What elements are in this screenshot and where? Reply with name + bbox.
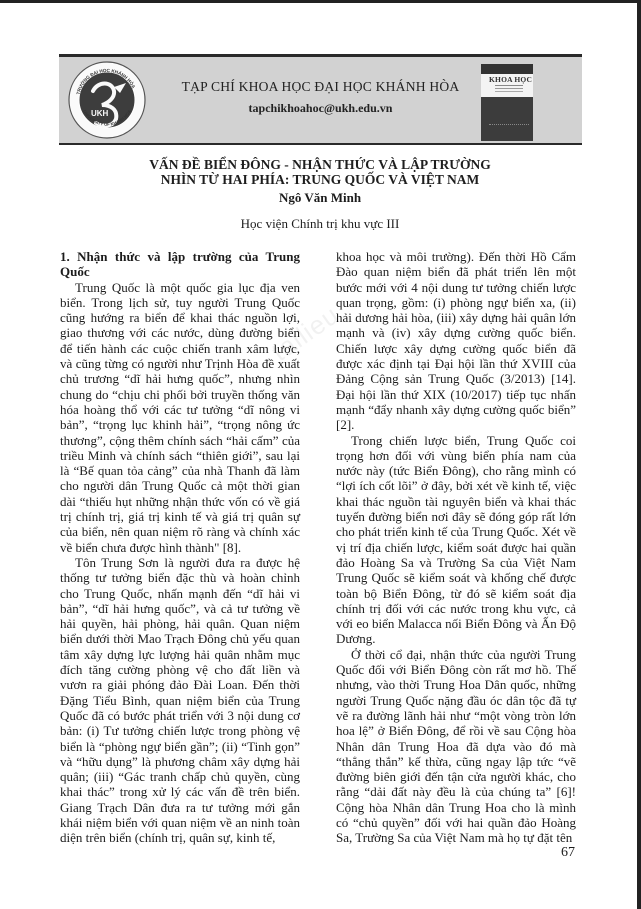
section-heading: 1. Nhận thức và lập trường của Trung Quố… (60, 249, 300, 280)
author-name: Ngô Văn Minh (100, 190, 540, 206)
journal-title: TẠP CHÍ KHOA HỌC ĐẠI HỌC KHÁNH HÒA (159, 79, 482, 95)
paragraph: Trung Quốc là một quốc gia lục địa ven b… (60, 280, 300, 555)
paragraph: khoa học và môi trường). Đến thời Hồ Cẩm… (336, 249, 576, 433)
paragraph: Ở thời cổ đại, nhận thức của người Trung… (336, 647, 576, 846)
page-frame-right-border (637, 0, 641, 909)
paragraph: Trong chiến lược biển, Trung Quốc coi tr… (336, 433, 576, 647)
journal-cover-icon: KHOA HỌC (481, 64, 533, 141)
article-title-line-2: NHÌN TỪ HAI PHÍA: TRUNG QUỐC VÀ VIỆT NAM (100, 173, 540, 188)
svg-text:UKH: UKH (91, 109, 109, 118)
body-column-left: 1. Nhận thức và lập trường của Trung Quố… (60, 249, 300, 846)
body-column-right: khoa học và môi trường). Đến thời Hồ Cẩm… (336, 249, 576, 846)
author-affiliation: Học viện Chính trị khu vực III (100, 216, 540, 232)
article-title: VẤN ĐỀ BIỂN ĐÔNG - NHẬN THỨC VÀ LẬP TRƯỜ… (100, 158, 540, 187)
page-frame-top-border (0, 0, 641, 3)
article-title-line-1: VẤN ĐỀ BIỂN ĐÔNG - NHẬN THỨC VÀ LẬP TRƯỜ… (100, 158, 540, 173)
cover-title: KHOA HỌC (489, 75, 532, 84)
paragraph: Tôn Trung Sơn là người đưa ra được hệ th… (60, 555, 300, 846)
journal-email: tapchikhoahoc@ukh.edu.vn (159, 101, 482, 116)
page-number: 67 (561, 845, 575, 861)
journal-header: UKH TRƯỜNG ĐẠI HỌC KHÁNH HÒA UNIVERSITY … (59, 54, 582, 145)
university-logo-icon: UKH TRƯỜNG ĐẠI HỌC KHÁNH HÒA UNIVERSITY … (68, 61, 146, 139)
